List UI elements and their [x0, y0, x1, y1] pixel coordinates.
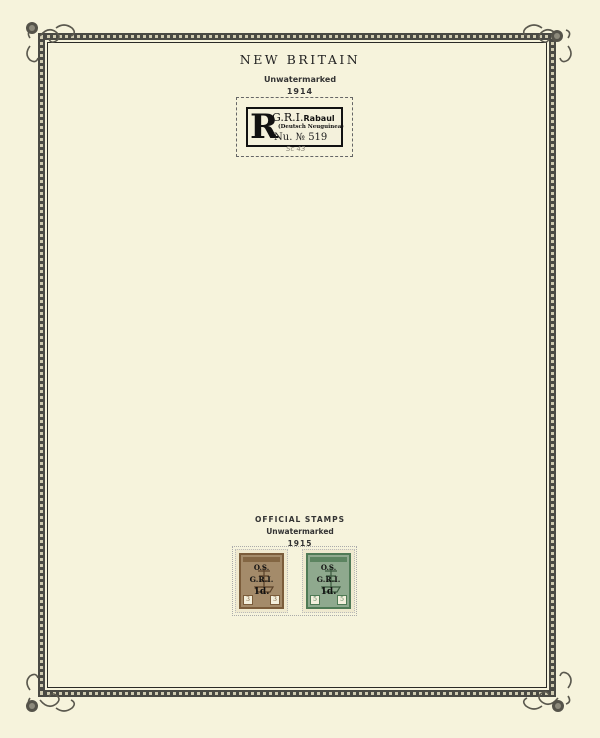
stamp-banner: [243, 557, 280, 562]
overprint-os: O.S.: [241, 563, 282, 572]
corner-ornament-icon: [22, 670, 82, 720]
corner-ornament-icon: [516, 668, 576, 718]
registration-label: R G.R.I.Rabaul (Deutsch Neuguinea) Nu. №…: [246, 107, 343, 147]
section-title: OFFICIAL STAMPS: [0, 515, 600, 524]
year-caption: 1914: [0, 87, 600, 96]
stamp-design: O.S. G.R.I. 1d. 5 5: [306, 553, 351, 609]
rosette-icon: [552, 700, 564, 712]
registration-place: Rabaul: [304, 114, 335, 123]
album-page: NEW BRITAIN Unwatermarked 1914 R G.R.I.R…: [0, 0, 600, 738]
pencil-catalog-note: Sc 43: [286, 145, 305, 153]
overprint-gri: G.R.I.: [241, 575, 282, 584]
stamp-green: O.S. G.R.I. 1d. 5 5: [302, 549, 355, 613]
value-left: 3: [243, 595, 253, 605]
registration-number: Nu. № 519: [274, 132, 327, 143]
page-title: NEW BRITAIN: [0, 52, 600, 67]
rosette-icon: [551, 30, 563, 42]
rosette-icon: [26, 700, 38, 712]
registration-line-2: (Deutsch Neuguinea): [278, 124, 344, 130]
value-left: 5: [310, 595, 320, 605]
overprint-os: O.S.: [308, 563, 349, 572]
section-watermark: Unwatermarked: [0, 527, 600, 536]
stamp-design: O.S. G.R.I. 1d. 3 3: [239, 553, 284, 609]
value-right: 3: [270, 595, 280, 605]
watermark-caption: Unwatermarked: [0, 75, 600, 84]
overprint-gri: G.R.I.: [308, 575, 349, 584]
stamp-brown: O.S. G.R.I. 1d. 3 3: [235, 549, 288, 613]
registration-line-1: G.R.I.Rabaul: [272, 111, 335, 124]
registration-prefix: G.R.I.: [272, 111, 304, 124]
rosette-icon: [26, 22, 38, 34]
stamp-banner: [310, 557, 347, 562]
value-right: 5: [337, 595, 347, 605]
